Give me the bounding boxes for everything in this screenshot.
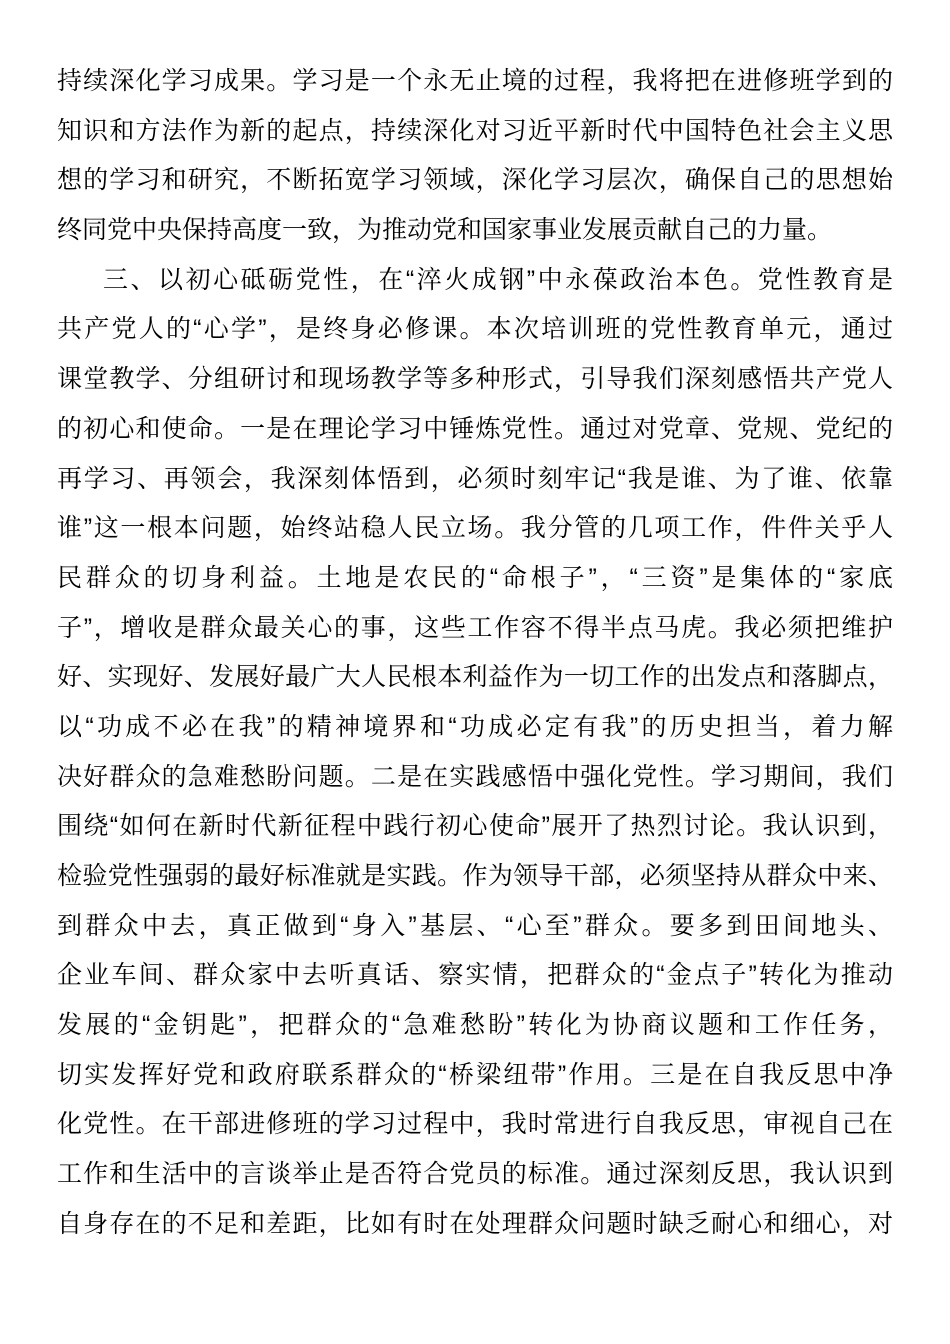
text-line: 自身存在的不足和差距，比如有时在处理群众问题时缺乏耐心和细心，对 — [57, 1200, 893, 1250]
text-line: 切实发挥好党和政府联系群众的“桥梁纽带”作用。三是在自我反思中净 — [57, 1051, 893, 1101]
text-block: 持续深化学习成果。学习是一个永无止境的过程，我将把在进修班学到的知识和方法作为新… — [0, 0, 950, 1250]
text-line: 共产党人的“心学”，是终身必修课。本次培训班的党性教育单元，通过 — [57, 305, 893, 355]
text-line: 化党性。在干部进修班的学习过程中，我时常进行自我反思，审视自己在 — [57, 1100, 893, 1150]
text-line: 企业车间、群众家中去听真话、察实情，把群众的“金点子”转化为推动 — [57, 951, 893, 1001]
text-line: 以“功成不必在我”的精神境界和“功成必定有我”的历史担当，着力解 — [57, 703, 893, 753]
text-line: 子”，增收是群众最关心的事，这些工作容不得半点马虎。我必须把维护 — [57, 604, 893, 654]
text-line: 知识和方法作为新的起点，持续深化对习近平新时代中国特色社会主义思 — [57, 107, 893, 157]
text-line: 围绕“如何在新时代新征程中践行初心使命”展开了热烈讨论。我认识到， — [57, 802, 893, 852]
text-line: 终同党中央保持高度一致，为推动党和国家事业发展贡献自己的力量。 — [57, 206, 893, 256]
document-page: 持续深化学习成果。学习是一个永无止境的过程，我将把在进修班学到的知识和方法作为新… — [0, 0, 950, 1344]
text-line: 持续深化学习成果。学习是一个永无止境的过程，我将把在进修班学到的 — [57, 57, 893, 107]
text-line: 再学习、再领会，我深刻体悟到，必须时刻牢记“我是谁、为了谁、依靠 — [57, 455, 893, 505]
text-line: 课堂教学、分组研讨和现场教学等多种形式，引导我们深刻感悟共产党人 — [57, 355, 893, 405]
text-line: 发展的“金钥匙”，把群众的“急难愁盼”转化为协商议题和工作任务， — [57, 1001, 893, 1051]
text-line: 的初心和使命。一是在理论学习中锤炼党性。通过对党章、党规、党纪的 — [57, 405, 893, 455]
text-line: 三、以初心砥砺党性，在“淬火成钢”中永葆政治本色。党性教育是 — [57, 256, 893, 306]
text-line: 决好群众的急难愁盼问题。二是在实践感悟中强化党性。学习期间，我们 — [57, 753, 893, 803]
text-line: 民群众的切身利益。土地是农民的“命根子”，“三资”是集体的“家底 — [57, 554, 893, 604]
text-line: 检验党性强弱的最好标准就是实践。作为领导干部，必须坚持从群众中来、 — [57, 852, 893, 902]
text-line: 好、实现好、发展好最广大人民根本利益作为一切工作的出发点和落脚点， — [57, 653, 893, 703]
text-line: 想的学习和研究，不断拓宽学习领域，深化学习层次，确保自己的思想始 — [57, 156, 893, 206]
text-line: 工作和生活中的言谈举止是否符合党员的标准。通过深刻反思，我认识到 — [57, 1150, 893, 1200]
text-line: 谁”这一根本问题，始终站稳人民立场。我分管的几项工作，件件关乎人 — [57, 504, 893, 554]
text-line: 到群众中去，真正做到“身入”基层、“心至”群众。要多到田间地头、 — [57, 902, 893, 952]
